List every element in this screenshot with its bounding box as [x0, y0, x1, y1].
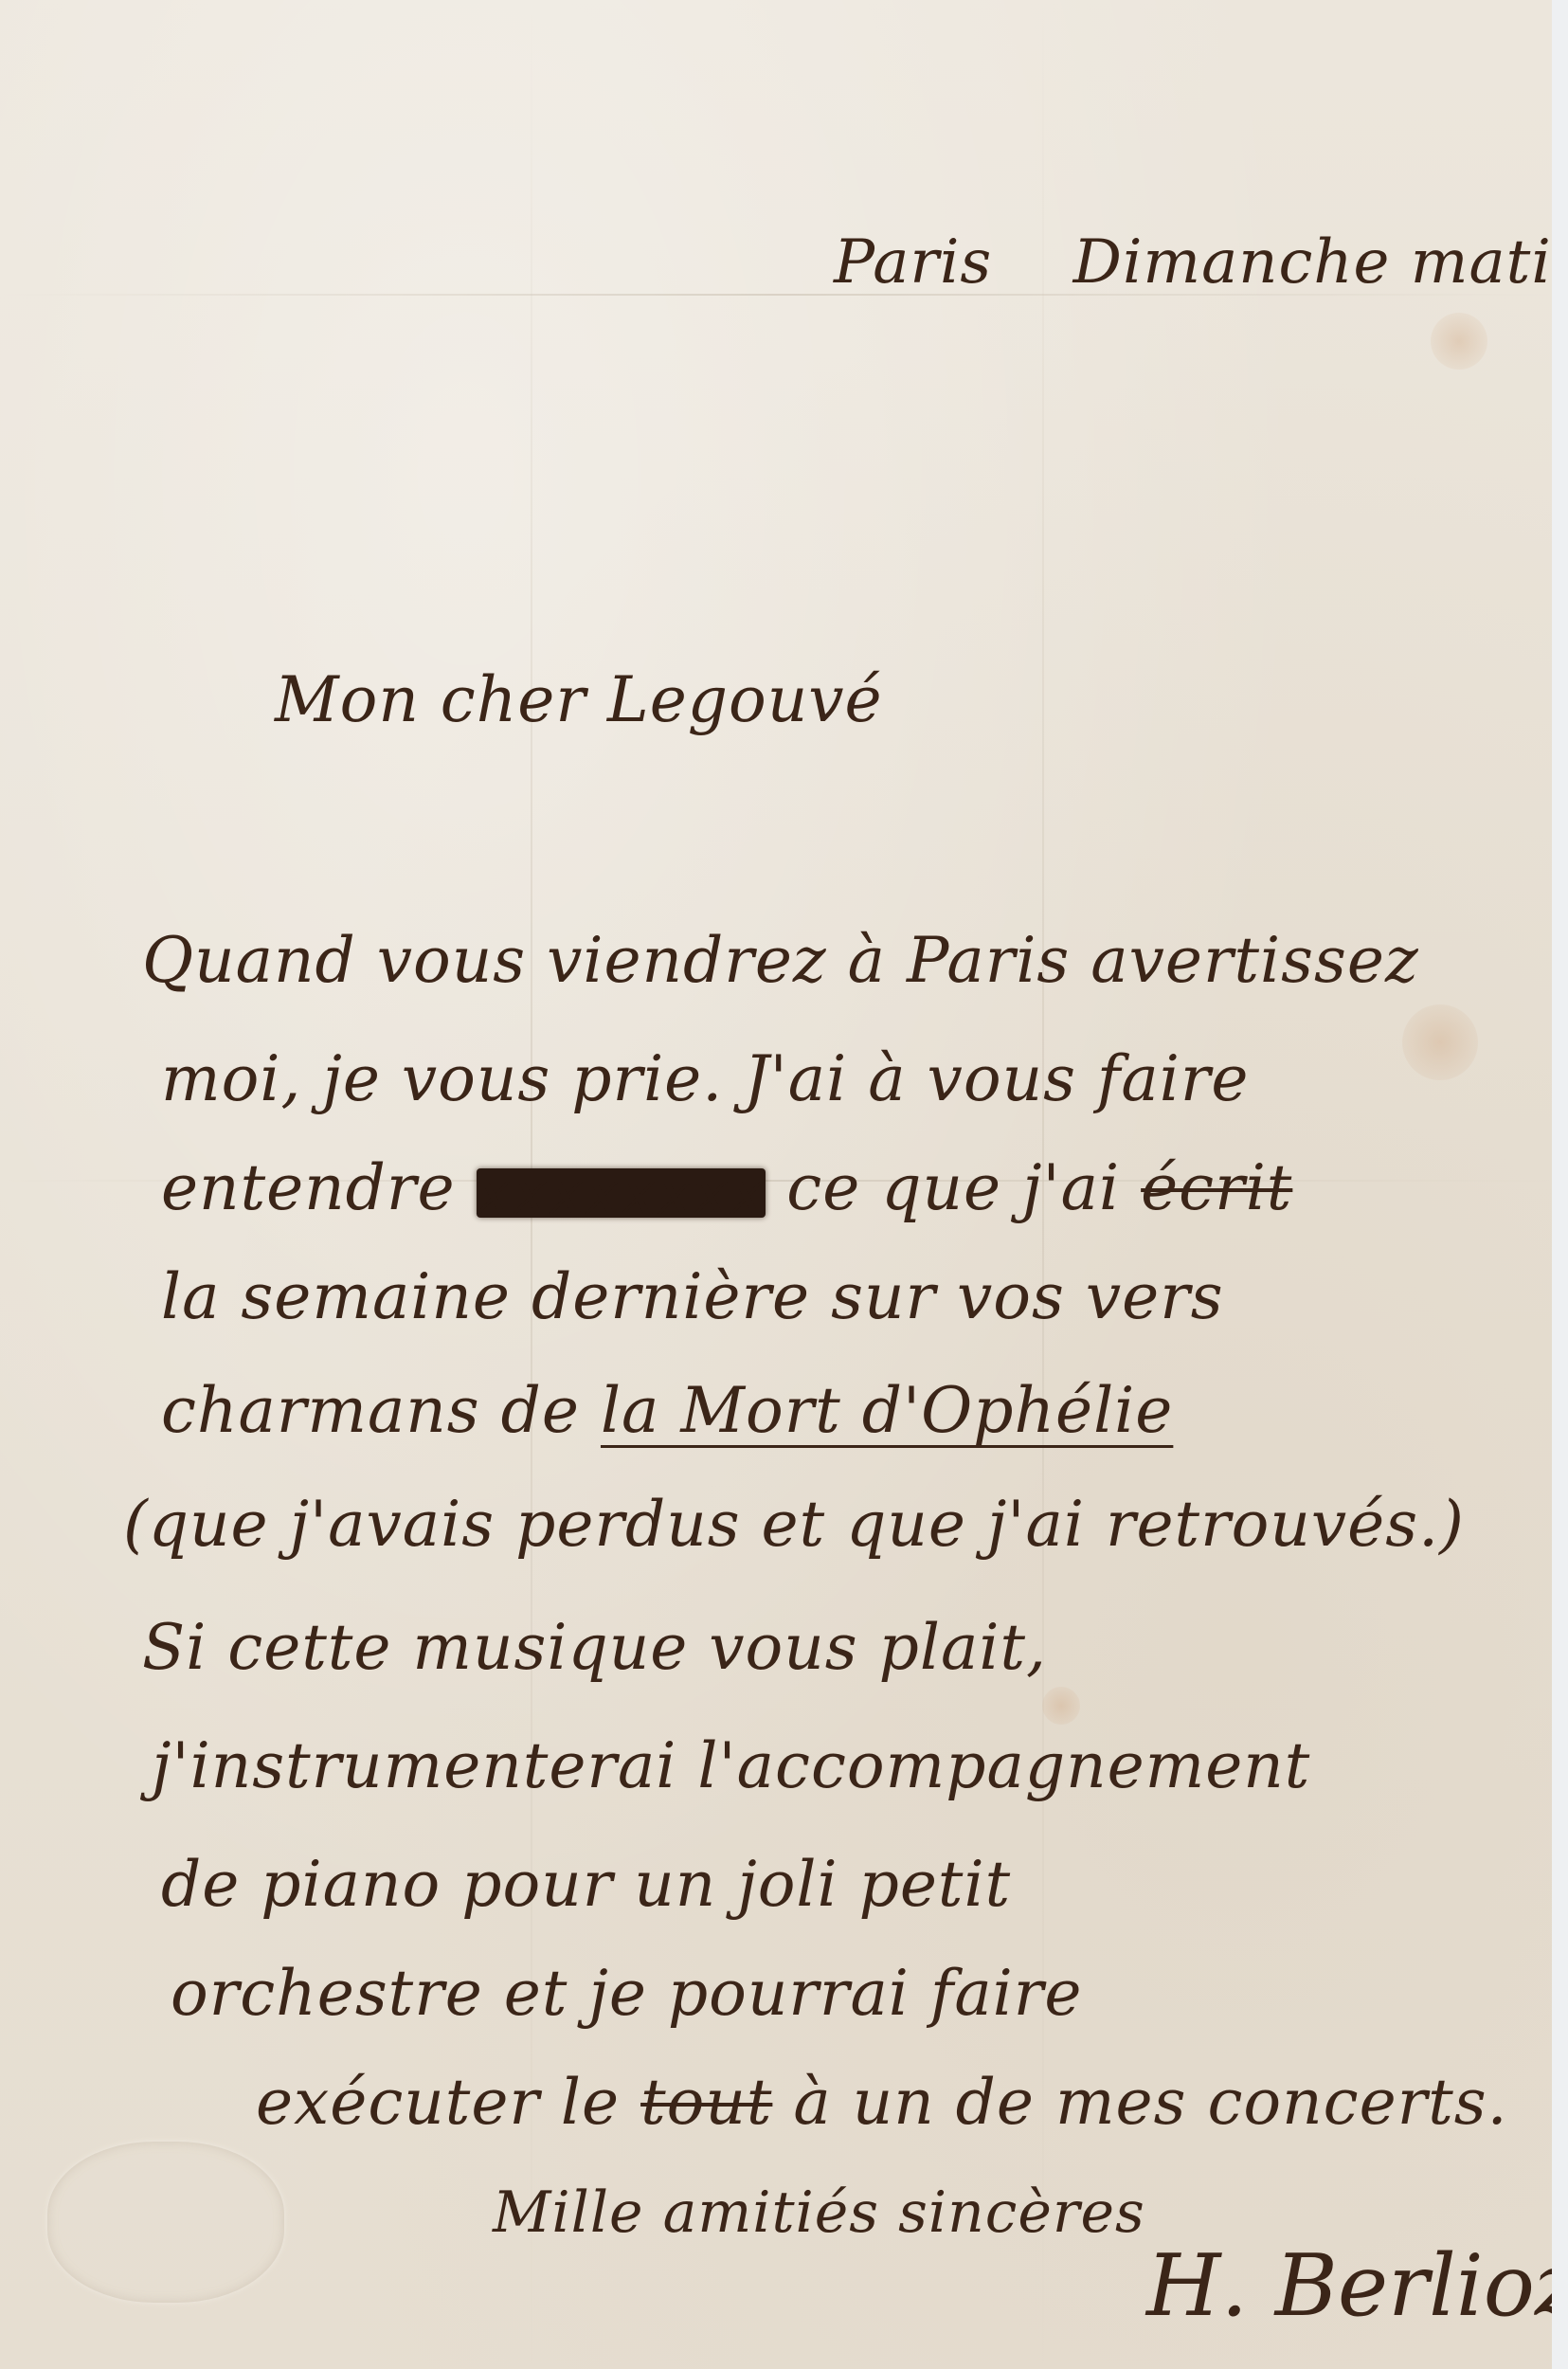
struck-word: tout [640, 2066, 772, 2139]
dateline-place: Paris [834, 227, 992, 298]
letter-page: Paris Dimanche matin Mon cher Legouvé Qu… [0, 0, 1552, 2369]
text-segment: charmans de [161, 1374, 580, 1447]
struck-word: écrit [1141, 1151, 1292, 1224]
closing: Mille amitiés sincères [493, 2179, 1145, 2246]
blind-stamp-seal [47, 2142, 284, 2303]
body-line-2: moi, je vous prie. J'ai à vous faire [161, 1042, 1249, 1115]
body-line-4: la semaine dernière sur vos vers [161, 1260, 1224, 1333]
text-segment: entendre [161, 1151, 456, 1224]
ink-blot-redaction: xxxxxxxx [477, 1168, 766, 1218]
background-edge [1552, 0, 1568, 2369]
body-line-6: (que j'avais perdus et que j'ai retrouvé… [123, 1488, 1465, 1561]
text-segment: à un de mes concerts. [793, 2066, 1507, 2139]
body-line-7: Si cette musique vous plait, [142, 1611, 1047, 1684]
dateline: Paris Dimanche matin [834, 227, 1568, 298]
text-segment: exécuter le [256, 2066, 620, 2139]
paper-stain [1042, 1687, 1080, 1725]
signature: H. Berlioz [1146, 2236, 1568, 2336]
body-line-1: Quand vous viendrez à Paris avertissez [142, 924, 1419, 997]
body-line-5: charmans de la Mort d'Ophélie [161, 1374, 1173, 1447]
text-segment: ce que j'ai [786, 1151, 1120, 1224]
salutation: Mon cher Legouvé [275, 663, 883, 736]
body-line-9: de piano pour un joli petit [161, 1848, 1011, 1921]
dateline-day: Dimanche matin [1073, 227, 1568, 298]
body-line-8: j'instrumenterai l'accompagnement [152, 1729, 1310, 1802]
body-line-3: entendre xxxxxxxx ce que j'ai écrit [161, 1151, 1292, 1224]
paper-stain [1402, 1004, 1478, 1080]
body-line-10: orchestre et je pourrai faire [171, 1957, 1082, 2030]
paper-stain [1431, 313, 1487, 370]
underlined-title: la Mort d'Ophélie [601, 1374, 1173, 1447]
body-line-11: exécuter le tout à un de mes concerts. [256, 2066, 1508, 2139]
